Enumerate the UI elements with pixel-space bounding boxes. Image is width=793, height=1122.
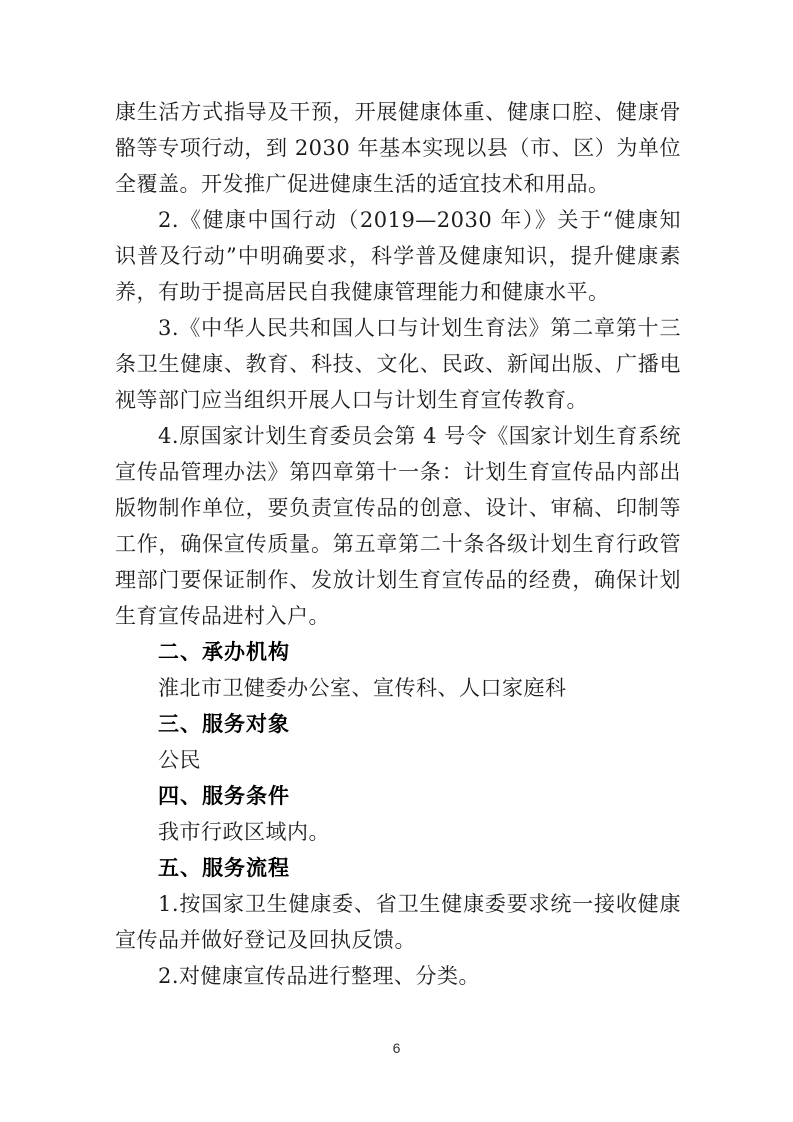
document-body: 康生活方式指导及干预，开展健康体重、健康口腔、健康骨骼等专项行动，到 2030 … <box>115 94 681 994</box>
paragraph-item-4: 4.原国家计划生育委员会第 4 号令《国家计划生育系统宣传品管理办法》第四章第十… <box>115 418 681 634</box>
document-page: 康生活方式指导及干预，开展健康体重、健康口腔、健康骨骼等专项行动，到 2030 … <box>0 0 793 1122</box>
paragraph-service-target: 公民 <box>115 742 681 778</box>
paragraph-continued: 康生活方式指导及干预，开展健康体重、健康口腔、健康骨骼等专项行动，到 2030 … <box>115 94 681 202</box>
paragraph-process-step-2: 2.对健康宣传品进行整理、分类。 <box>115 958 681 994</box>
section-heading-service-target: 三、服务对象 <box>115 706 681 742</box>
section-heading-undertaking-agency: 二、承办机构 <box>115 634 681 670</box>
paragraph-service-condition: 我市行政区域内。 <box>115 814 681 850</box>
page-number: 6 <box>0 1038 793 1058</box>
paragraph-item-3: 3.《中华人民共和国人口与计划生育法》第二章第十三条卫生健康、教育、科技、文化、… <box>115 310 681 418</box>
section-heading-service-condition: 四、服务条件 <box>115 778 681 814</box>
section-heading-service-process: 五、服务流程 <box>115 850 681 886</box>
paragraph-undertaking-agency: 淮北市卫健委办公室、宣传科、人口家庭科 <box>115 670 681 706</box>
paragraph-process-step-1: 1.按国家卫生健康委、省卫生健康委要求统一接收健康宣传品并做好登记及回执反馈。 <box>115 886 681 958</box>
paragraph-item-2: 2.《健康中国行动（2019—2030 年）》关于“健康知识普及行动”中明确要求… <box>115 202 681 310</box>
